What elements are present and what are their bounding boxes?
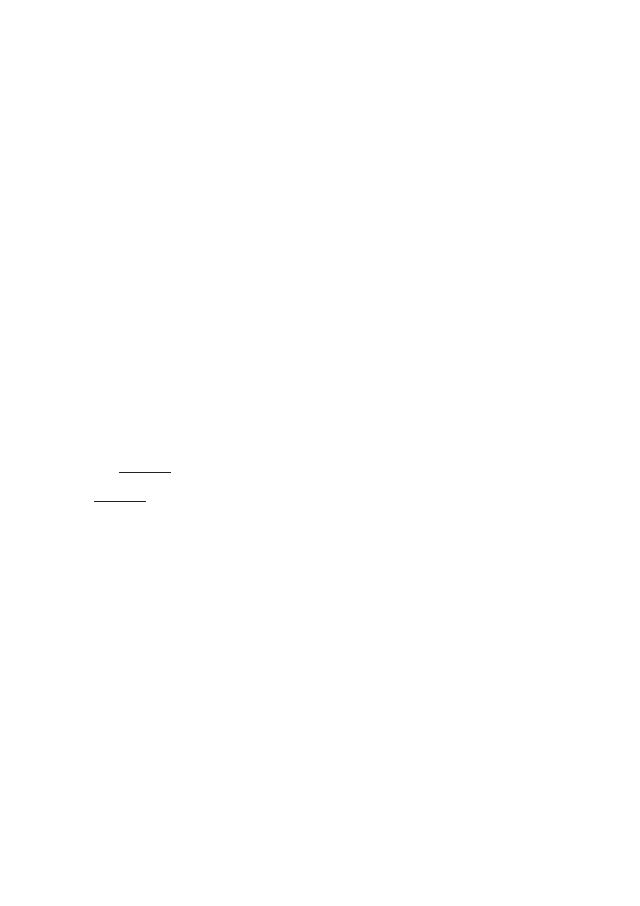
q20-passage-line2 [90, 486, 150, 508]
q20-blank-2[interactable] [94, 486, 146, 502]
q20-blank-1[interactable] [119, 457, 171, 473]
q20-passage-line1 [115, 457, 175, 479]
